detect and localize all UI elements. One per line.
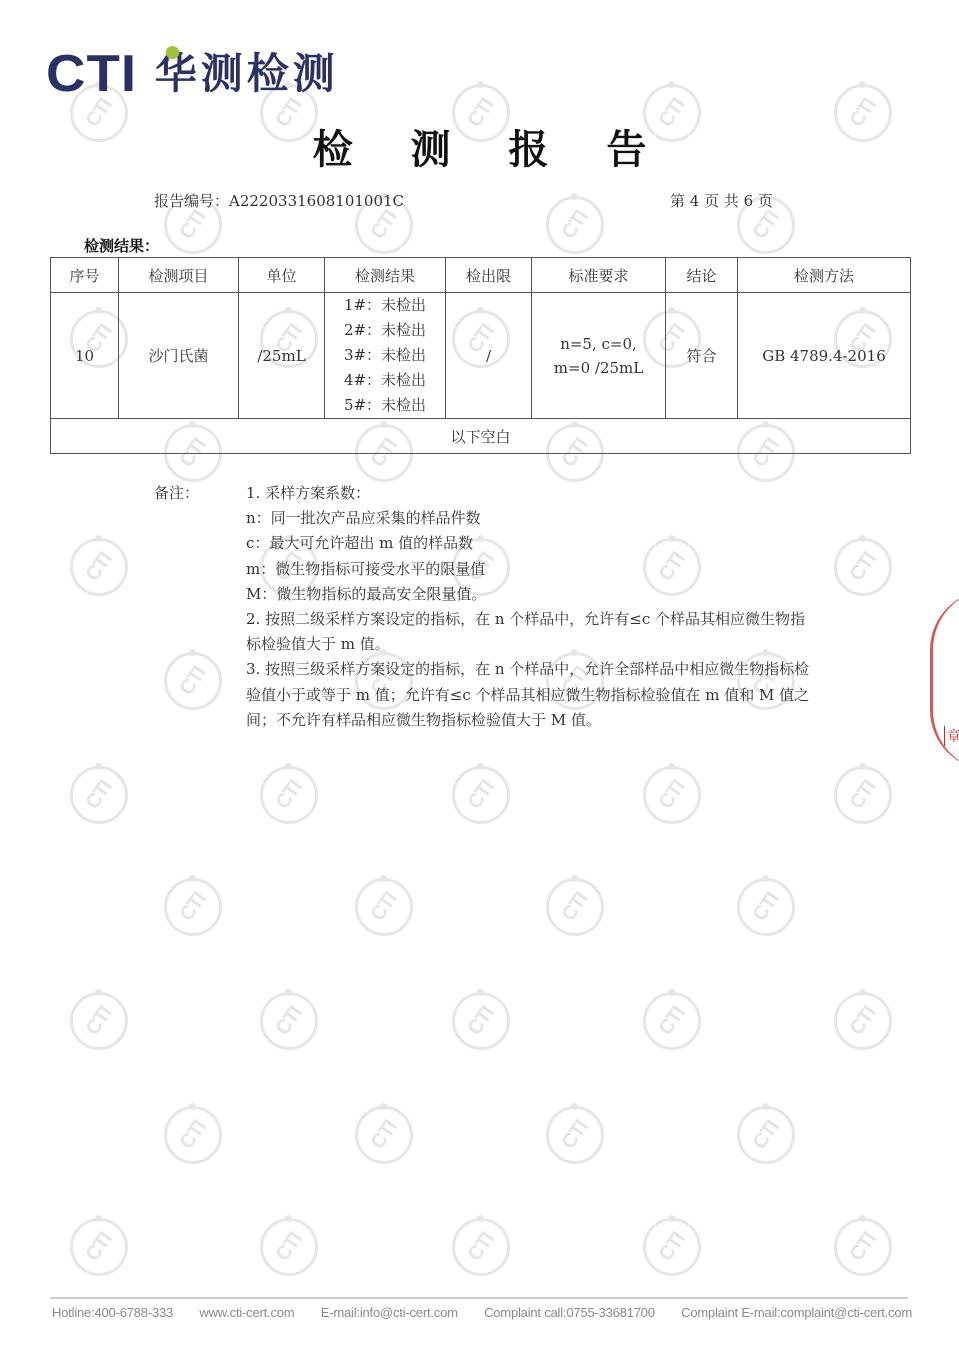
report-number-value: A2220331608101001C bbox=[229, 192, 404, 210]
result-sample-1: 1#：未检出 bbox=[344, 293, 426, 318]
standard-line-1: n=5, c=0, bbox=[532, 332, 665, 356]
blank-row-text: 以下空白 bbox=[51, 419, 911, 454]
company-logo: CTI 华测检测 bbox=[46, 38, 339, 100]
table-header-row: 序号 检测项目 单位 检测结果 检出限 标准要求 结论 检测方法 bbox=[51, 258, 911, 293]
results-table: 序号 检测项目 单位 检测结果 检出限 标准要求 结论 检测方法 10 沙门氏菌… bbox=[50, 257, 911, 454]
page-info: 第 4 页 共 6 页 bbox=[670, 190, 773, 211]
logo-chinese-text: 华测检测 bbox=[155, 48, 339, 100]
header-method: 检测方法 bbox=[738, 258, 911, 293]
note-line: c：最大可允许超出 m 值的样品数 bbox=[246, 531, 816, 556]
blank-row: 以下空白 bbox=[51, 419, 911, 454]
footer-complaint-call: Complaint call:0755-33681700 bbox=[484, 1305, 655, 1320]
cell-method: GB 4789.4-2016 bbox=[738, 293, 911, 419]
header-no: 序号 bbox=[51, 258, 119, 293]
footer-email: E-mail:info@cti-cert.com bbox=[321, 1305, 458, 1320]
results-list: 1#：未检出 2#：未检出 3#：未检出 4#：未检出 5#：未检出 bbox=[344, 293, 426, 418]
header-item: 检测项目 bbox=[119, 258, 239, 293]
logo-cti-text: CTI bbox=[46, 48, 137, 100]
result-sample-4: 4#：未检出 bbox=[344, 368, 426, 393]
footer: Hotline:400-6788-333 www.cti-cert.com E-… bbox=[52, 1305, 912, 1320]
cell-detection-limit: / bbox=[446, 293, 532, 419]
report-title: 检 测 报 告 bbox=[0, 118, 959, 175]
footer-hotline: Hotline:400-6788-333 bbox=[52, 1305, 173, 1320]
note-line: 3. 按照三级采样方案设定的指标，在 n 个样品中，允许全部样品中相应微生物指标… bbox=[246, 657, 816, 733]
logo-dot-icon bbox=[166, 46, 180, 59]
cell-conclusion: 符合 bbox=[666, 293, 738, 419]
cell-standard: n=5, c=0, m=0 /25mL bbox=[532, 293, 666, 419]
report-number: 报告编号：A2220331608101001C bbox=[154, 190, 404, 211]
result-sample-3: 3#：未检出 bbox=[344, 343, 426, 368]
report-number-label: 报告编号： bbox=[154, 192, 229, 210]
result-sample-5: 5#：未检出 bbox=[344, 393, 426, 418]
result-sample-2: 2#：未检出 bbox=[344, 318, 426, 343]
standard-line-2: m=0 /25mL bbox=[532, 356, 665, 380]
note-line: m：微生物指标可接受水平的限量值 bbox=[246, 557, 816, 582]
cell-no: 10 bbox=[51, 293, 119, 419]
note-line: 2. 按照二级采样方案设定的指标，在 n 个样品中，允许有≤c 个样品其相应微生… bbox=[246, 607, 816, 657]
notes-label: 备注： bbox=[154, 481, 199, 506]
section-label-results: 检测结果： bbox=[84, 235, 159, 256]
header-detection-limit: 检出限 bbox=[446, 258, 532, 293]
footer-website: www.cti-cert.com bbox=[199, 1305, 294, 1320]
header-unit: 单位 bbox=[239, 258, 325, 293]
header-result: 检测结果 bbox=[325, 258, 446, 293]
cell-item: 沙门氏菌 bbox=[119, 293, 239, 419]
header-standard: 标准要求 bbox=[532, 258, 666, 293]
note-line: n：同一批次产品应采集的样品件数 bbox=[246, 506, 816, 531]
header-conclusion: 结论 bbox=[666, 258, 738, 293]
table-row: 10 沙门氏菌 /25mL 1#：未检出 2#：未检出 3#：未检出 4#：未检… bbox=[51, 293, 911, 419]
stamp-text: 章 bbox=[944, 726, 959, 746]
notes-body: 1. 采样方案系数： n：同一批次产品应采集的样品件数 c：最大可允许超出 m … bbox=[246, 481, 816, 733]
cell-unit: /25mL bbox=[239, 293, 325, 419]
cell-results: 1#：未检出 2#：未检出 3#：未检出 4#：未检出 5#：未检出 bbox=[325, 293, 446, 419]
note-line: 1. 采样方案系数： bbox=[246, 481, 816, 506]
report-page: CTI 华测检测 检 测 报 告 报告编号：A2220331608101001C… bbox=[0, 0, 959, 1357]
footer-complaint-email: Complaint E-mail:complaint@cti-cert.com bbox=[681, 1305, 912, 1320]
footer-divider bbox=[50, 1297, 908, 1299]
note-line: M：微生物指标的最高安全限量值。 bbox=[246, 582, 816, 607]
